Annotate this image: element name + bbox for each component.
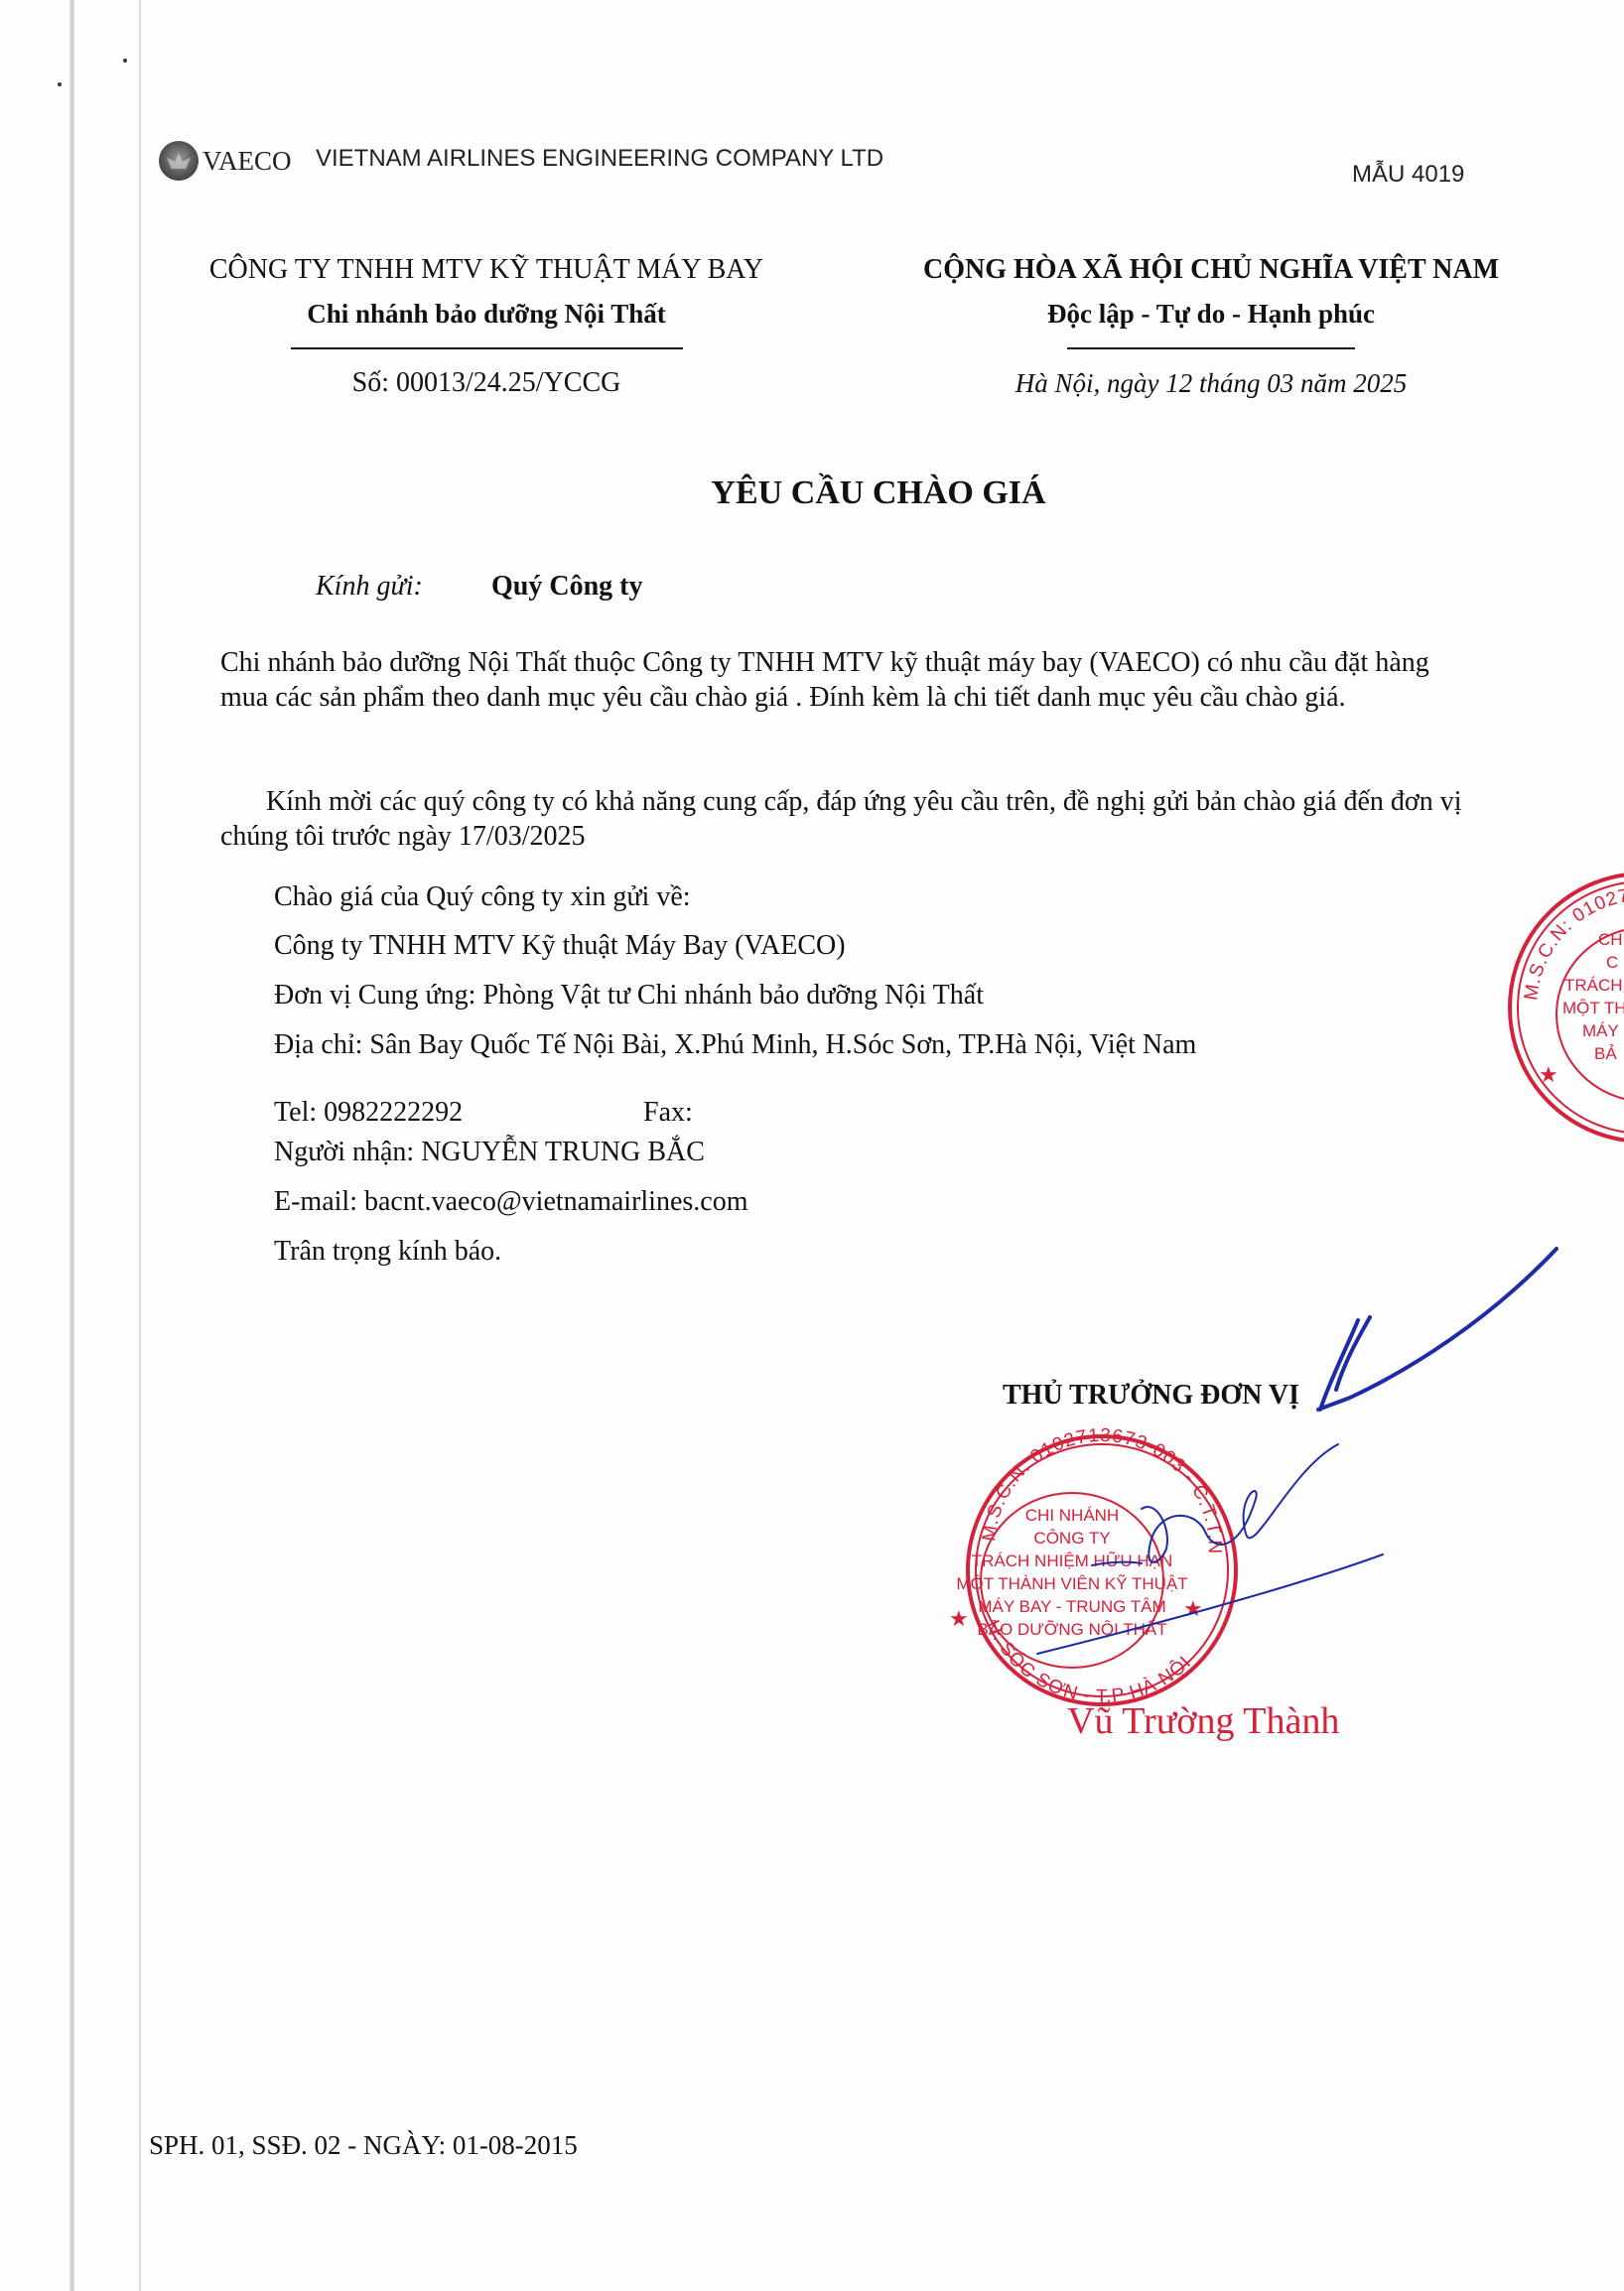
partial-stamp: [1510, 874, 1624, 1142]
svg-text:★: ★: [1183, 1596, 1203, 1621]
svg-text:CHI NHÁNHCÔNG TYTRÁCH NHIỆM HỮ: CHI NHÁNHCÔNG TYTRÁCH NHIỆM HỮU HẠNMỘT T…: [956, 1506, 1187, 1639]
national-motto: Độc lập - Tự do - Hạnh phúc: [874, 292, 1549, 336]
header-right: CỘNG HÒA XÃ HỘI CHỦ NGHĨA VIỆT NAM Độc l…: [874, 248, 1549, 403]
svg-text:CHCTRÁCHMỘT THMÁYBẢ: CHCTRÁCHMỘT THMÁYBẢ: [1562, 930, 1624, 1063]
logo-text: VAECO: [203, 146, 292, 177]
contact-intro: Chào giá của Quý công ty xin gửi về:: [274, 881, 691, 913]
signer-name: Vũ Trường Thành: [1067, 1699, 1339, 1743]
contact-recipient: Người nhận: NGUYỄN TRUNG BẮC: [274, 1137, 705, 1168]
header-divider: [291, 347, 683, 349]
country-name: CỘNG HÒA XÃ HỘI CHỦ NGHĨA VIỆT NAM: [874, 248, 1549, 292]
issuer-company: CÔNG TY TNHH MTV KỸ THUẬT MÁY BAY: [159, 248, 814, 292]
greeting-label: Kính gửi:: [316, 571, 423, 603]
vaeco-logo: VAECO: [159, 141, 292, 181]
closing-line: Trân trọng kính báo.: [274, 1236, 501, 1268]
form-revision-footer: SPH. 01, SSĐ. 02 - NGÀY: 01-08-2015: [149, 2130, 578, 2161]
svg-text:M.S.C.N: 0102713673-003 - C.T.: M.S.C.N: 0102713673-003 - C.T.T.N.H.H: [0, 0, 1225, 1554]
svg-text:H. SÓC SƠN - T.P HÀ NỘI: H. SÓC SƠN - T.P HÀ NỘI: [982, 1617, 1195, 1707]
contact-address: Địa chỉ: Sân Bay Quốc Tế Nội Bài, X.Phú …: [274, 1029, 1196, 1061]
signature-scribble: [1037, 1249, 1556, 1654]
scan-edge-faint: [139, 0, 141, 2291]
issuer-branch: Chi nhánh bảo dưỡng Nội Thất: [159, 292, 814, 336]
form-number: MẪU 4019: [1352, 161, 1464, 189]
header-left: CÔNG TY TNHH MTV KỸ THUẬT MÁY BAY Chi nh…: [159, 248, 814, 403]
place-date: Hà Nội, ngày 12 tháng 03 năm 2025: [874, 363, 1549, 403]
vaeco-emblem-icon: [159, 141, 199, 181]
contact-supply-unit: Đơn vị Cung ứng: Phòng Vật tư Chi nhánh …: [274, 980, 984, 1011]
header-divider: [1067, 347, 1355, 349]
contact-company: Công ty TNHH MTV Kỹ thuật Máy Bay (VAECO…: [274, 930, 846, 962]
svg-text:★: ★: [1539, 1062, 1558, 1087]
greeting-recipient: Quý Công ty: [491, 571, 642, 603]
company-stamp: [968, 1436, 1236, 1704]
body-paragraph-1: Chi nhánh bảo dưỡng Nội Thất thuộc Công …: [220, 645, 1481, 715]
signature-title: THỦ TRƯỞNG ĐƠN VỊ: [1003, 1380, 1299, 1412]
body-paragraph-2: Kính mời các quý công ty có khả năng cun…: [220, 784, 1481, 854]
scan-speck: [58, 82, 62, 86]
contact-tel: Tel: 0982222292: [274, 1097, 463, 1129]
company-english-name: VIETNAM AIRLINES ENGINEERING COMPANY LTD: [316, 145, 883, 173]
scan-edge: [69, 0, 74, 2291]
reference-number: Số: 00013/24.25/YCCG: [159, 363, 814, 403]
document-title: YÊU CẦU CHÀO GIÁ: [0, 474, 1624, 512]
contact-email: E-mail: bacnt.vaeco@vietnamairlines.com: [274, 1186, 748, 1218]
contact-fax: Fax:: [643, 1097, 693, 1129]
scan-speck: [123, 59, 127, 63]
svg-text:★: ★: [949, 1606, 969, 1631]
